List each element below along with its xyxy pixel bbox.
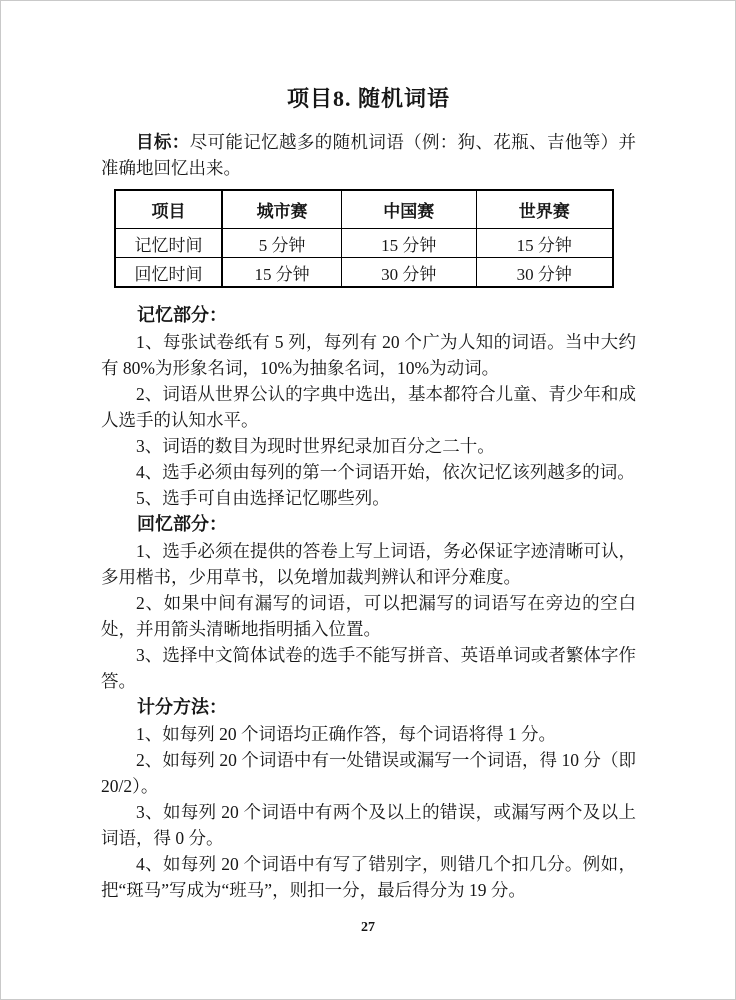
table-header-row: 项目 城市赛 中国赛 世界赛: [115, 190, 613, 229]
page-title: 项目8. 随机词语: [101, 85, 636, 113]
section-heading: 记忆部分：: [101, 302, 636, 329]
schedule-table: 项目 城市赛 中国赛 世界赛 记忆时间 5 分钟 15 分钟 15 分钟 回忆时…: [114, 189, 614, 288]
table-cell: 回忆时间: [115, 258, 222, 288]
rule-item: 2、如果中间有漏写的词语，可以把漏写的词语写在旁边的空白处，并用箭头清晰地指明插…: [101, 590, 636, 642]
rule-item: 1、每张试卷纸有 5 列，每列有 20 个广为人知的词语。当中大约有 80%为形…: [101, 329, 636, 381]
table-cell: 15 分钟: [342, 229, 476, 258]
rule-item: 4、选手必须由每列的第一个词语开始，依次记忆该列越多的词。: [101, 459, 636, 485]
section-scoring: 计分方法： 1、如每列 20 个词语均正确作答，每个词语将得 1 分。 2、如每…: [101, 694, 636, 903]
goal-label: 目标：: [136, 132, 190, 152]
rule-item: 3、如每列 20 个词语中有两个及以上的错误，或漏写两个及以上词语，得 0 分。: [101, 799, 636, 851]
table-header-cell: 中国赛: [342, 190, 476, 229]
rule-item: 1、选手必须在提供的答卷上写上词语，务必保证字迹清晰可认，多用楷书，少用草书，以…: [101, 538, 636, 590]
table-row: 回忆时间 15 分钟 30 分钟 30 分钟: [115, 258, 613, 288]
table-header-cell: 城市赛: [222, 190, 342, 229]
document-page: 项目8. 随机词语 目标：尽可能记忆越多的随机词语（例：狗、花瓶、吉他等）并准确…: [0, 0, 736, 1000]
page-number: 27: [0, 920, 736, 936]
rule-item: 5、选手可自由选择记忆哪些列。: [101, 485, 636, 511]
table-cell: 记忆时间: [115, 229, 222, 258]
section-heading: 计分方法：: [101, 694, 636, 721]
table-cell: 30 分钟: [476, 258, 613, 288]
table-cell: 15 分钟: [476, 229, 613, 258]
rule-item: 2、词语从世界公认的字典中选出，基本都符合儿童、青少年和成人选手的认知水平。: [101, 381, 636, 433]
rule-item: 2、如每列 20 个词语中有一处错误或漏写一个词语，得 10 分（即 20/2）…: [101, 747, 636, 799]
section-recall: 回忆部分： 1、选手必须在提供的答卷上写上词语，务必保证字迹清晰可认，多用楷书，…: [101, 511, 636, 694]
section-heading: 回忆部分：: [101, 511, 636, 538]
goal-paragraph: 目标：尽可能记忆越多的随机词语（例：狗、花瓶、吉他等）并准确地回忆出来。: [101, 129, 636, 181]
table-cell: 15 分钟: [222, 258, 342, 288]
table-row: 记忆时间 5 分钟 15 分钟 15 分钟: [115, 229, 613, 258]
rule-item: 3、选择中文简体试卷的选手不能写拼音、英语单词或者繁体字作答。: [101, 642, 636, 694]
table-cell: 5 分钟: [222, 229, 342, 258]
table-header-cell: 世界赛: [476, 190, 613, 229]
rule-item: 4、如每列 20 个词语中有写了错别字，则错几个扣几分。例如，把“斑马”写成为“…: [101, 851, 636, 903]
section-memorization: 记忆部分： 1、每张试卷纸有 5 列，每列有 20 个广为人知的词语。当中大约有…: [101, 302, 636, 511]
rule-item: 3、词语的数目为现时世界纪录加百分之二十。: [101, 433, 636, 459]
rule-item: 1、如每列 20 个词语均正确作答，每个词语将得 1 分。: [101, 721, 636, 747]
table-header-cell: 项目: [115, 190, 222, 229]
table-cell: 30 分钟: [342, 258, 476, 288]
